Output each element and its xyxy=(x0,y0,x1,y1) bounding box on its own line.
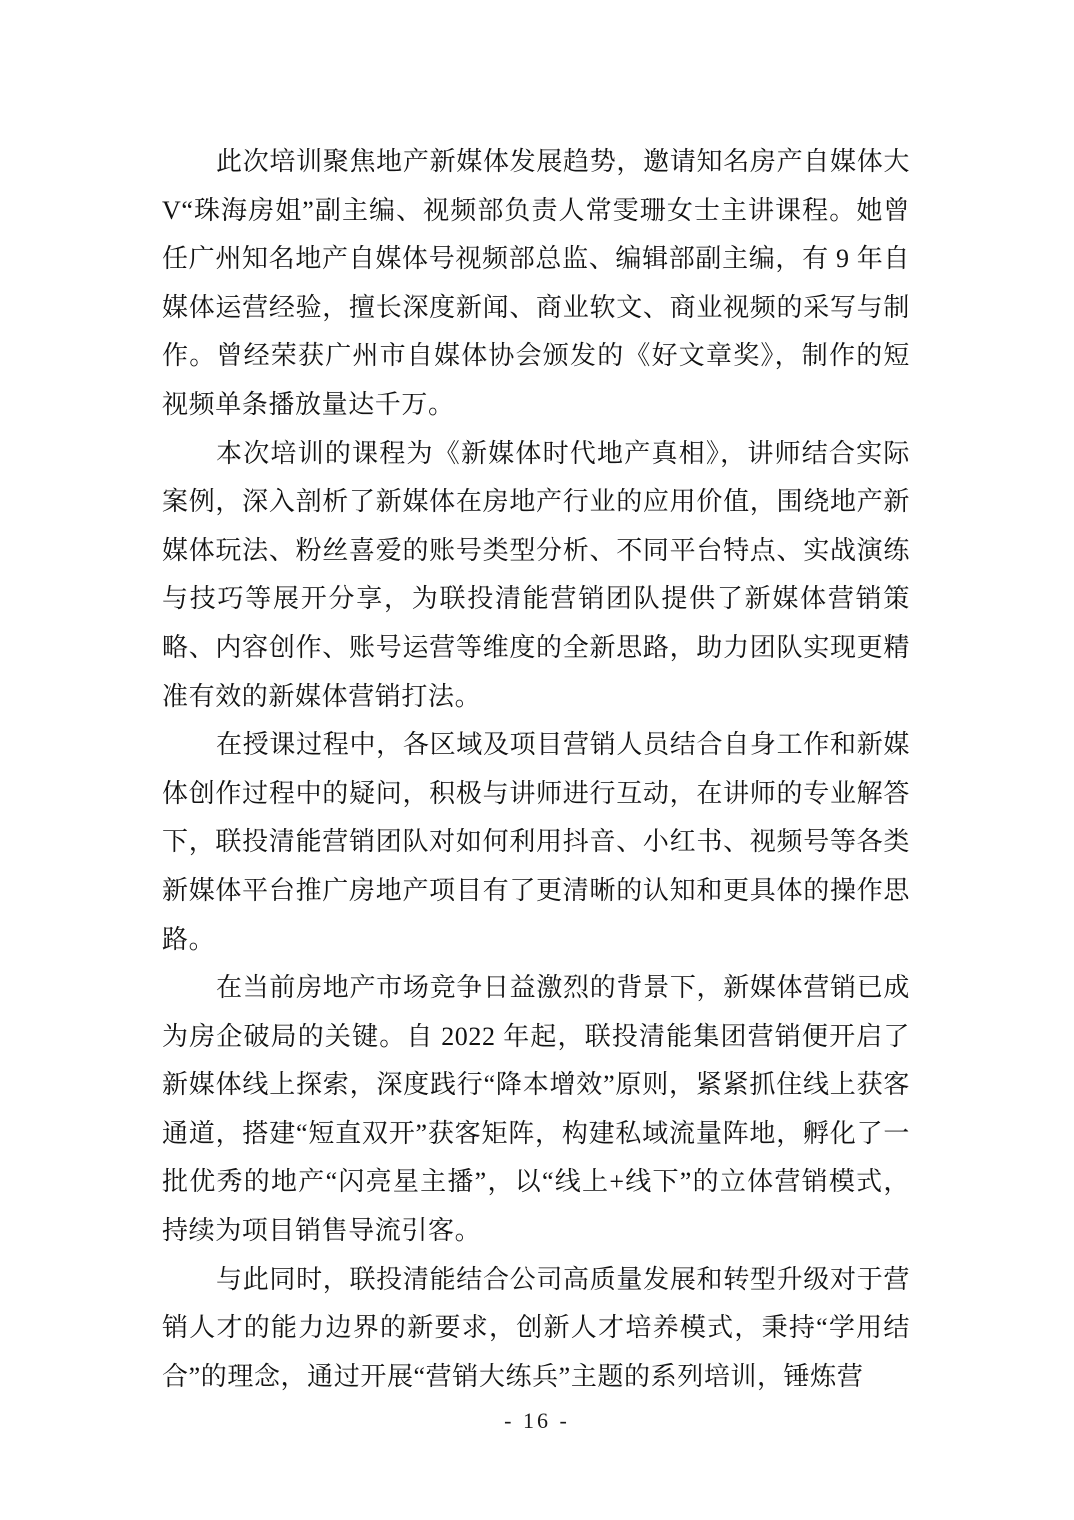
paragraph-training-lecturer-intro: 此次培训聚焦地产新媒体发展趋势，邀请知名房产自媒体大V“珠海房姐”副主编、视频部… xyxy=(162,138,910,430)
paragraph-market-background: 在当前房地产市场竞争日益激烈的背景下，新媒体营销已成为房企破局的关键。自 202… xyxy=(162,964,910,1256)
paragraph-talent-training: 与此同时，联投清能结合公司高质量发展和转型升级对于营销人才的能力边界的新要求，创… xyxy=(162,1256,910,1402)
document-body-text: 此次培训聚焦地产新媒体发展趋势，邀请知名房产自媒体大V“珠海房姐”副主编、视频部… xyxy=(162,138,910,1401)
document-page: 此次培训聚焦地产新媒体发展趋势，邀请知名房产自媒体大V“珠海房姐”副主编、视频部… xyxy=(0,0,1074,1520)
page-number: - 16 - xyxy=(0,1406,1074,1436)
paragraph-course-content: 本次培训的课程为《新媒体时代地产真相》，讲师结合实际案例，深入剖析了新媒体在房地… xyxy=(162,430,910,722)
paragraph-qa-interaction: 在授课过程中，各区域及项目营销人员结合自身工作和新媒体创作过程中的疑问，积极与讲… xyxy=(162,721,910,964)
